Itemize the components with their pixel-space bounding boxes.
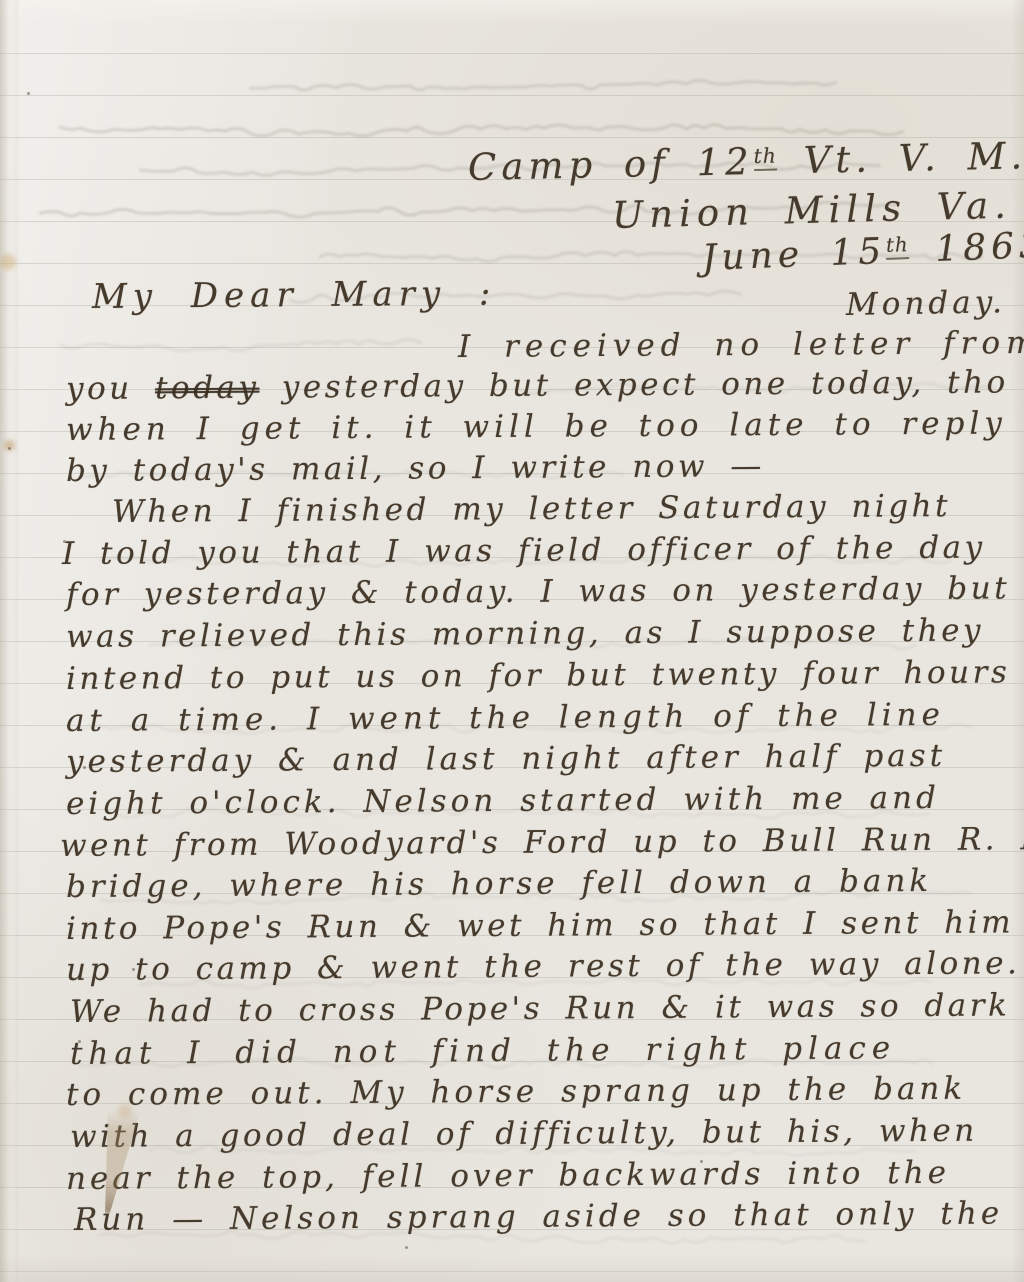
letter-page: Camp of 12th Vt. V. M.Union Mills Va.Jun…	[0, 0, 1024, 1282]
handwriting-line: near the top, fell over backwards into t…	[66, 1155, 950, 1197]
ink-speck	[405, 1246, 408, 1249]
handwriting-segment: Camp of 12	[468, 140, 755, 189]
handwriting-segment: yesterday but expect one today, tho	[259, 364, 1008, 405]
handwriting-segment: June 15	[701, 231, 887, 279]
handwriting-line: Camp of 12th Vt. V. M.	[468, 134, 1024, 189]
ink-speck	[8, 447, 11, 450]
handwriting-line: Monday.	[846, 284, 1007, 323]
handwriting-segment: into Pope's Run & wet him so that I sent…	[66, 904, 1014, 947]
handwriting-line: When I finished my letter Saturday night	[112, 488, 951, 530]
handwriting-segment: Vt. V. M.	[776, 134, 1024, 182]
handwriting-segment: near the top, fell over backwards into t…	[66, 1155, 950, 1197]
handwriting-segment: When I finished my letter Saturday night	[112, 488, 951, 530]
foxing-spot	[4, 440, 15, 451]
handwriting-segment: eight o'clock. Nelson started with me an…	[66, 780, 940, 822]
handwriting-segment: 1863.	[908, 224, 1024, 271]
handwriting-segment: Run — Nelson sprang aside so that only t…	[74, 1196, 1003, 1238]
handwriting-segment: by today's mail, so I write now —	[66, 448, 765, 489]
handwriting-segment: that I did not find the right place	[70, 1030, 896, 1072]
handwriting-segment: to come out. My horse sprang up the bank	[66, 1071, 966, 1113]
handwriting-line: that I did not find the right place	[70, 1030, 896, 1072]
foxing-spot	[0, 254, 16, 270]
ink-speck	[27, 92, 30, 95]
handwriting-segment: was relieved this morning, as I suppose …	[66, 613, 984, 655]
handwriting-line: into Pope's Run & wet him so that I sent…	[66, 904, 1014, 947]
handwriting-segment: th	[753, 143, 777, 170]
paper-crease	[14, 0, 17, 1282]
handwriting-line: yesterday & and last night after half pa…	[66, 738, 946, 780]
handwriting-line: My Dear Mary :	[92, 273, 497, 317]
handwriting-segment: went from Woodyard's Ford up to Bull Run…	[60, 821, 1024, 864]
handwriting-line: bridge, where his horse fell down a bank	[66, 863, 932, 905]
handwriting-segment: for yesterday & today. I was on yesterda…	[66, 570, 1010, 613]
handwriting-line: eight o'clock. Nelson started with me an…	[66, 780, 940, 822]
handwriting-line: when I get it. it will be too late to re…	[66, 405, 1007, 448]
handwriting-segment: when I get it. it will be too late to re…	[66, 405, 1007, 448]
handwriting-line: by today's mail, so I write now —	[66, 448, 765, 489]
handwriting-line: Run — Nelson sprang aside so that only t…	[74, 1196, 1003, 1238]
handwriting-line: with a good deal of difficulty, but his,…	[70, 1113, 978, 1155]
handwriting-segment: My Dear Mary :	[92, 273, 497, 317]
handwriting-line: I received no letter from	[458, 325, 1024, 365]
handwriting-line: to come out. My horse sprang up the bank	[66, 1071, 966, 1113]
handwriting-line: went from Woodyard's Ford up to Bull Run…	[60, 821, 1024, 864]
handwriting-line: intend to put us on for but twenty four …	[66, 654, 1011, 697]
struck-word: today	[155, 370, 260, 407]
handwriting-line: you today yesterday but expect one today…	[66, 364, 1009, 407]
handwriting-line: We had to cross Pope's Run & it was so d…	[70, 987, 1011, 1030]
handwriting-segment: Monday.	[846, 284, 1007, 323]
handwriting-line: at a time. I went the length of the line	[66, 697, 945, 739]
handwriting-segment: I told you that I was field officer of t…	[62, 530, 986, 572]
handwriting-segment: up to camp & went the rest of the way al…	[66, 945, 1021, 988]
handwriting-segment: We had to cross Pope's Run & it was so d…	[70, 987, 1011, 1030]
handwriting-line: for yesterday & today. I was on yesterda…	[66, 570, 1010, 613]
handwriting-segment: with a good deal of difficulty, but his,…	[70, 1113, 978, 1155]
handwriting-line: I told you that I was field officer of t…	[62, 530, 986, 572]
handwriting-line: was relieved this morning, as I suppose …	[66, 613, 984, 655]
handwriting-line: up to camp & went the rest of the way al…	[66, 945, 1021, 988]
handwriting-segment: yesterday & and last night after half pa…	[66, 738, 946, 780]
handwriting-segment: at a time. I went the length of the line	[66, 697, 945, 739]
handwriting-segment: bridge, where his horse fell down a bank	[66, 863, 932, 905]
handwriting-segment: you	[66, 370, 155, 407]
handwriting-segment: intend to put us on for but twenty four …	[66, 654, 1011, 697]
handwriting-segment: th	[886, 233, 910, 260]
handwriting-segment: I received no letter from	[458, 325, 1024, 365]
